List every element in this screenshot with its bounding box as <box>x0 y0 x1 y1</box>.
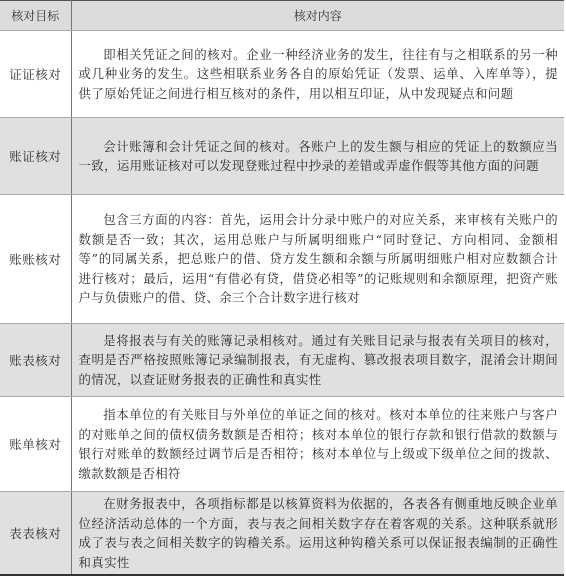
table-header-row: 核对目标 核对内容 <box>0 1 564 31</box>
row-target-cell: 账账核对 <box>0 195 71 324</box>
row-content-cell: 指本单位的有关账目与外单位的单证之间的核对。核对本单位的往来账户与客户的对账单之… <box>71 397 564 492</box>
column-header-content: 核对内容 <box>71 1 564 31</box>
table-row: 账单核对 指本单位的有关账目与外单位的单证之间的核对。核对本单位的往来账户与客户… <box>0 397 564 492</box>
verification-table: 核对目标 核对内容 证证核对 即相关凭证之间的核对。企业一种经济业务的发生，往往… <box>0 0 564 576</box>
table-row: 表表核对 在财务报表中，各项指标都是以核算资料为依据的，各表各有侧重地反映企业单… <box>0 492 564 576</box>
row-target-cell: 账证核对 <box>0 118 71 195</box>
table-row: 账表核对 是将报表与有关的账簿记录相核对。通过有关账目记录与报表有关项目的核对，… <box>0 324 564 397</box>
table-row: 账证核对 会计账簿和会计凭证之间的核对。各账户上的发生额与相应的凭证上的数额应当… <box>0 118 564 195</box>
row-content-cell: 即相关凭证之间的核对。企业一种经济业务的发生，往往有与之相联系的另一种或几种业务… <box>71 31 564 118</box>
row-content-cell: 会计账簿和会计凭证之间的核对。各账户上的发生额与相应的凭证上的数额应当一致，运用… <box>71 118 564 195</box>
row-target-cell: 账表核对 <box>0 324 71 397</box>
row-content-cell: 在财务报表中，各项指标都是以核算资料为依据的，各表各有侧重地反映企业单位经济活动… <box>71 492 564 576</box>
row-content-cell: 是将报表与有关的账簿记录相核对。通过有关账目记录与报表有关项目的核对，查明是否严… <box>71 324 564 397</box>
row-target-cell: 证证核对 <box>0 31 71 118</box>
table-row: 账账核对 包含三方面的内容：首先，运用会计分录中账户的对应关系，来审核有关账户的… <box>0 195 564 324</box>
column-header-target: 核对目标 <box>0 1 71 31</box>
row-target-cell: 账单核对 <box>0 397 71 492</box>
row-target-cell: 表表核对 <box>0 492 71 576</box>
table-row: 证证核对 即相关凭证之间的核对。企业一种经济业务的发生，往往有与之相联系的另一种… <box>0 31 564 118</box>
row-content-cell: 包含三方面的内容：首先，运用会计分录中账户的对应关系，来审核有关账户的数额是否一… <box>71 195 564 324</box>
